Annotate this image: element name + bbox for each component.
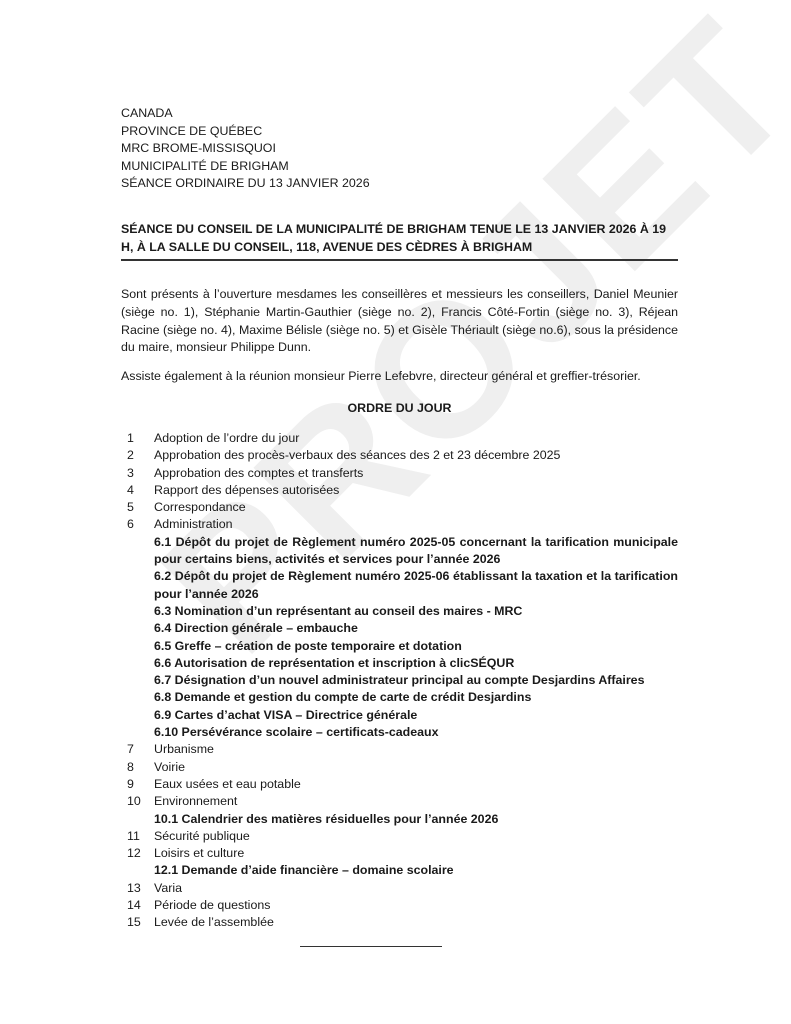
presence-paragraph: Sont présents à l’ouverture mesdames les… [121, 286, 678, 357]
agenda-item-number: 8 [121, 759, 154, 776]
agenda-list: 1Adoption de l’ordre du jour2Approbation… [121, 430, 678, 932]
agenda-item-number: 15 [121, 914, 154, 931]
agenda-item-label: Urbanisme [154, 741, 678, 758]
agenda-item: 2Approbation des procès-verbaux des séan… [121, 447, 678, 464]
agenda-item: 13Varia [121, 880, 678, 897]
agenda-item-number: 4 [121, 482, 154, 499]
agenda-item-number: 2 [121, 447, 154, 464]
header-mrc: MRC BROME-MISSISQUOI [121, 140, 370, 158]
agenda-item-number: 1 [121, 430, 154, 447]
agenda-item-label: Adoption de l’ordre du jour [154, 430, 678, 447]
agenda-item-number: 10 [121, 793, 154, 810]
agenda-item-number: 3 [121, 465, 154, 482]
agenda-item: 4Rapport des dépenses autorisées [121, 482, 678, 499]
agenda-item-label: Voirie [154, 759, 678, 776]
agenda-item: 5Correspondance [121, 499, 678, 516]
agenda-item-number: 11 [121, 828, 154, 845]
agenda-item: 10Environnement [121, 793, 678, 810]
agenda-item-number: 12 [121, 845, 154, 862]
agenda-item: 14Période de questions [121, 897, 678, 914]
agenda-item-number: 6 [121, 516, 154, 533]
agenda-subitem: 10.1 Calendrier des matières résiduelles… [121, 811, 678, 828]
agenda-item: 3Approbation des comptes et transferts [121, 465, 678, 482]
agenda-item: 1Adoption de l’ordre du jour [121, 430, 678, 447]
agenda-item: 11Sécurité publique [121, 828, 678, 845]
agenda-item-number: 7 [121, 741, 154, 758]
header-session: SÉANCE ORDINAIRE DU 13 JANVIER 2026 [121, 175, 370, 193]
agenda-item: 8Voirie [121, 759, 678, 776]
agenda-item: 15Levée de l’assemblée [121, 914, 678, 931]
agenda-item-label: Varia [154, 880, 678, 897]
agenda-item-number: 9 [121, 776, 154, 793]
end-divider [300, 946, 442, 947]
agenda-item: 6Administration [121, 516, 678, 533]
session-title: SÉANCE DU CONSEIL DE LA MUNICIPALITÉ DE … [121, 220, 678, 261]
agenda-item-number: 13 [121, 880, 154, 897]
header-municipality: MUNICIPALITÉ DE BRIGHAM [121, 158, 370, 176]
assist-paragraph: Assiste également à la réunion monsieur … [121, 368, 678, 386]
agenda-subitem: 6.7 Désignation d’un nouvel administrate… [121, 672, 678, 689]
agenda-subitem: 6.10 Persévérance scolaire – certificats… [121, 724, 678, 741]
agenda-subitem: 6.5 Greffe – création de poste temporair… [121, 638, 678, 655]
agenda-item-label: Approbation des comptes et transferts [154, 465, 678, 482]
header-country: CANADA [121, 105, 370, 123]
agenda-item: 12Loisirs et culture [121, 845, 678, 862]
agenda-subitem: 6.2 Dépôt du projet de Règlement numéro … [121, 568, 678, 603]
agenda-subitem: 6.1 Dépôt du projet de Règlement numéro … [121, 534, 678, 569]
agenda-subitem: 6.9 Cartes d’achat VISA – Directrice gén… [121, 707, 678, 724]
agenda-subitem: 6.8 Demande et gestion du compte de cart… [121, 689, 678, 706]
header-province: PROVINCE DE QUÉBEC [121, 123, 370, 141]
agenda-item-label: Approbation des procès-verbaux des séanc… [154, 447, 678, 464]
agenda-subitem: 6.3 Nomination d’un représentant au cons… [121, 603, 678, 620]
agenda-item-label: Correspondance [154, 499, 678, 516]
agenda-item-label: Loisirs et culture [154, 845, 678, 862]
agenda-item: 9Eaux usées et eau potable [121, 776, 678, 793]
agenda-subitem: 6.6 Autorisation de représentation et in… [121, 655, 678, 672]
agenda-item-label: Environnement [154, 793, 678, 810]
agenda-subitem: 6.4 Direction générale – embauche [121, 620, 678, 637]
agenda-item-number: 14 [121, 897, 154, 914]
document-header: CANADA PROVINCE DE QUÉBEC MRC BROME-MISS… [121, 105, 370, 193]
agenda-title: ORDRE DU JOUR [121, 401, 678, 415]
agenda-item-label: Rapport des dépenses autorisées [154, 482, 678, 499]
agenda-item-label: Période de questions [154, 897, 678, 914]
agenda-item: 7Urbanisme [121, 741, 678, 758]
agenda-item-label: Administration [154, 516, 678, 533]
agenda-item-label: Levée de l’assemblée [154, 914, 678, 931]
agenda-item-number: 5 [121, 499, 154, 516]
agenda-item-label: Sécurité publique [154, 828, 678, 845]
agenda-subitem: 12.1 Demande d’aide financière – domaine… [121, 862, 678, 879]
agenda-item-label: Eaux usées et eau potable [154, 776, 678, 793]
